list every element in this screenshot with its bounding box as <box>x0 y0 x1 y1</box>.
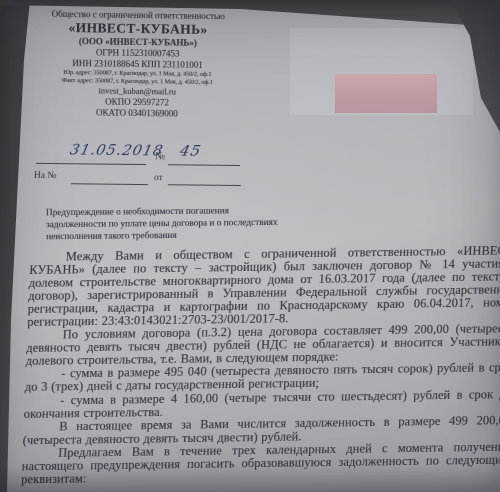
letterhead: Общество с ограниченной ответственностью… <box>19 7 256 120</box>
letter-body: Между Вами и обществом с ограниченной от… <box>21 244 500 486</box>
okato-line: ОКАТО 03401369000 <box>19 106 254 120</box>
document-photo: Общество с ограниченной ответственностью… <box>0 0 500 492</box>
from-label: от <box>154 173 163 183</box>
handwritten-date: 31.05.2018 <box>68 142 165 159</box>
date-underline <box>36 163 146 165</box>
from-underline <box>168 184 241 186</box>
reference-block: 31.05.2018 № 45 На № от <box>34 142 250 194</box>
subject-line-3: неисполнения такого требования <box>46 229 296 244</box>
incoming-number-label: На № <box>34 171 57 181</box>
handwritten-number: 45 <box>178 141 203 159</box>
number-sign: № <box>155 151 165 162</box>
paragraph-demand: Предлагаем Вам в течение трех календарны… <box>21 440 500 486</box>
paragraph-contract: Между Вами и обществом с ограниченной от… <box>27 244 500 329</box>
incoming-underline <box>71 183 148 185</box>
redaction-overlay-pink <box>335 74 437 113</box>
subject-block: Предупреждение о необходимости погашения… <box>46 205 296 244</box>
number-underline <box>168 164 240 166</box>
